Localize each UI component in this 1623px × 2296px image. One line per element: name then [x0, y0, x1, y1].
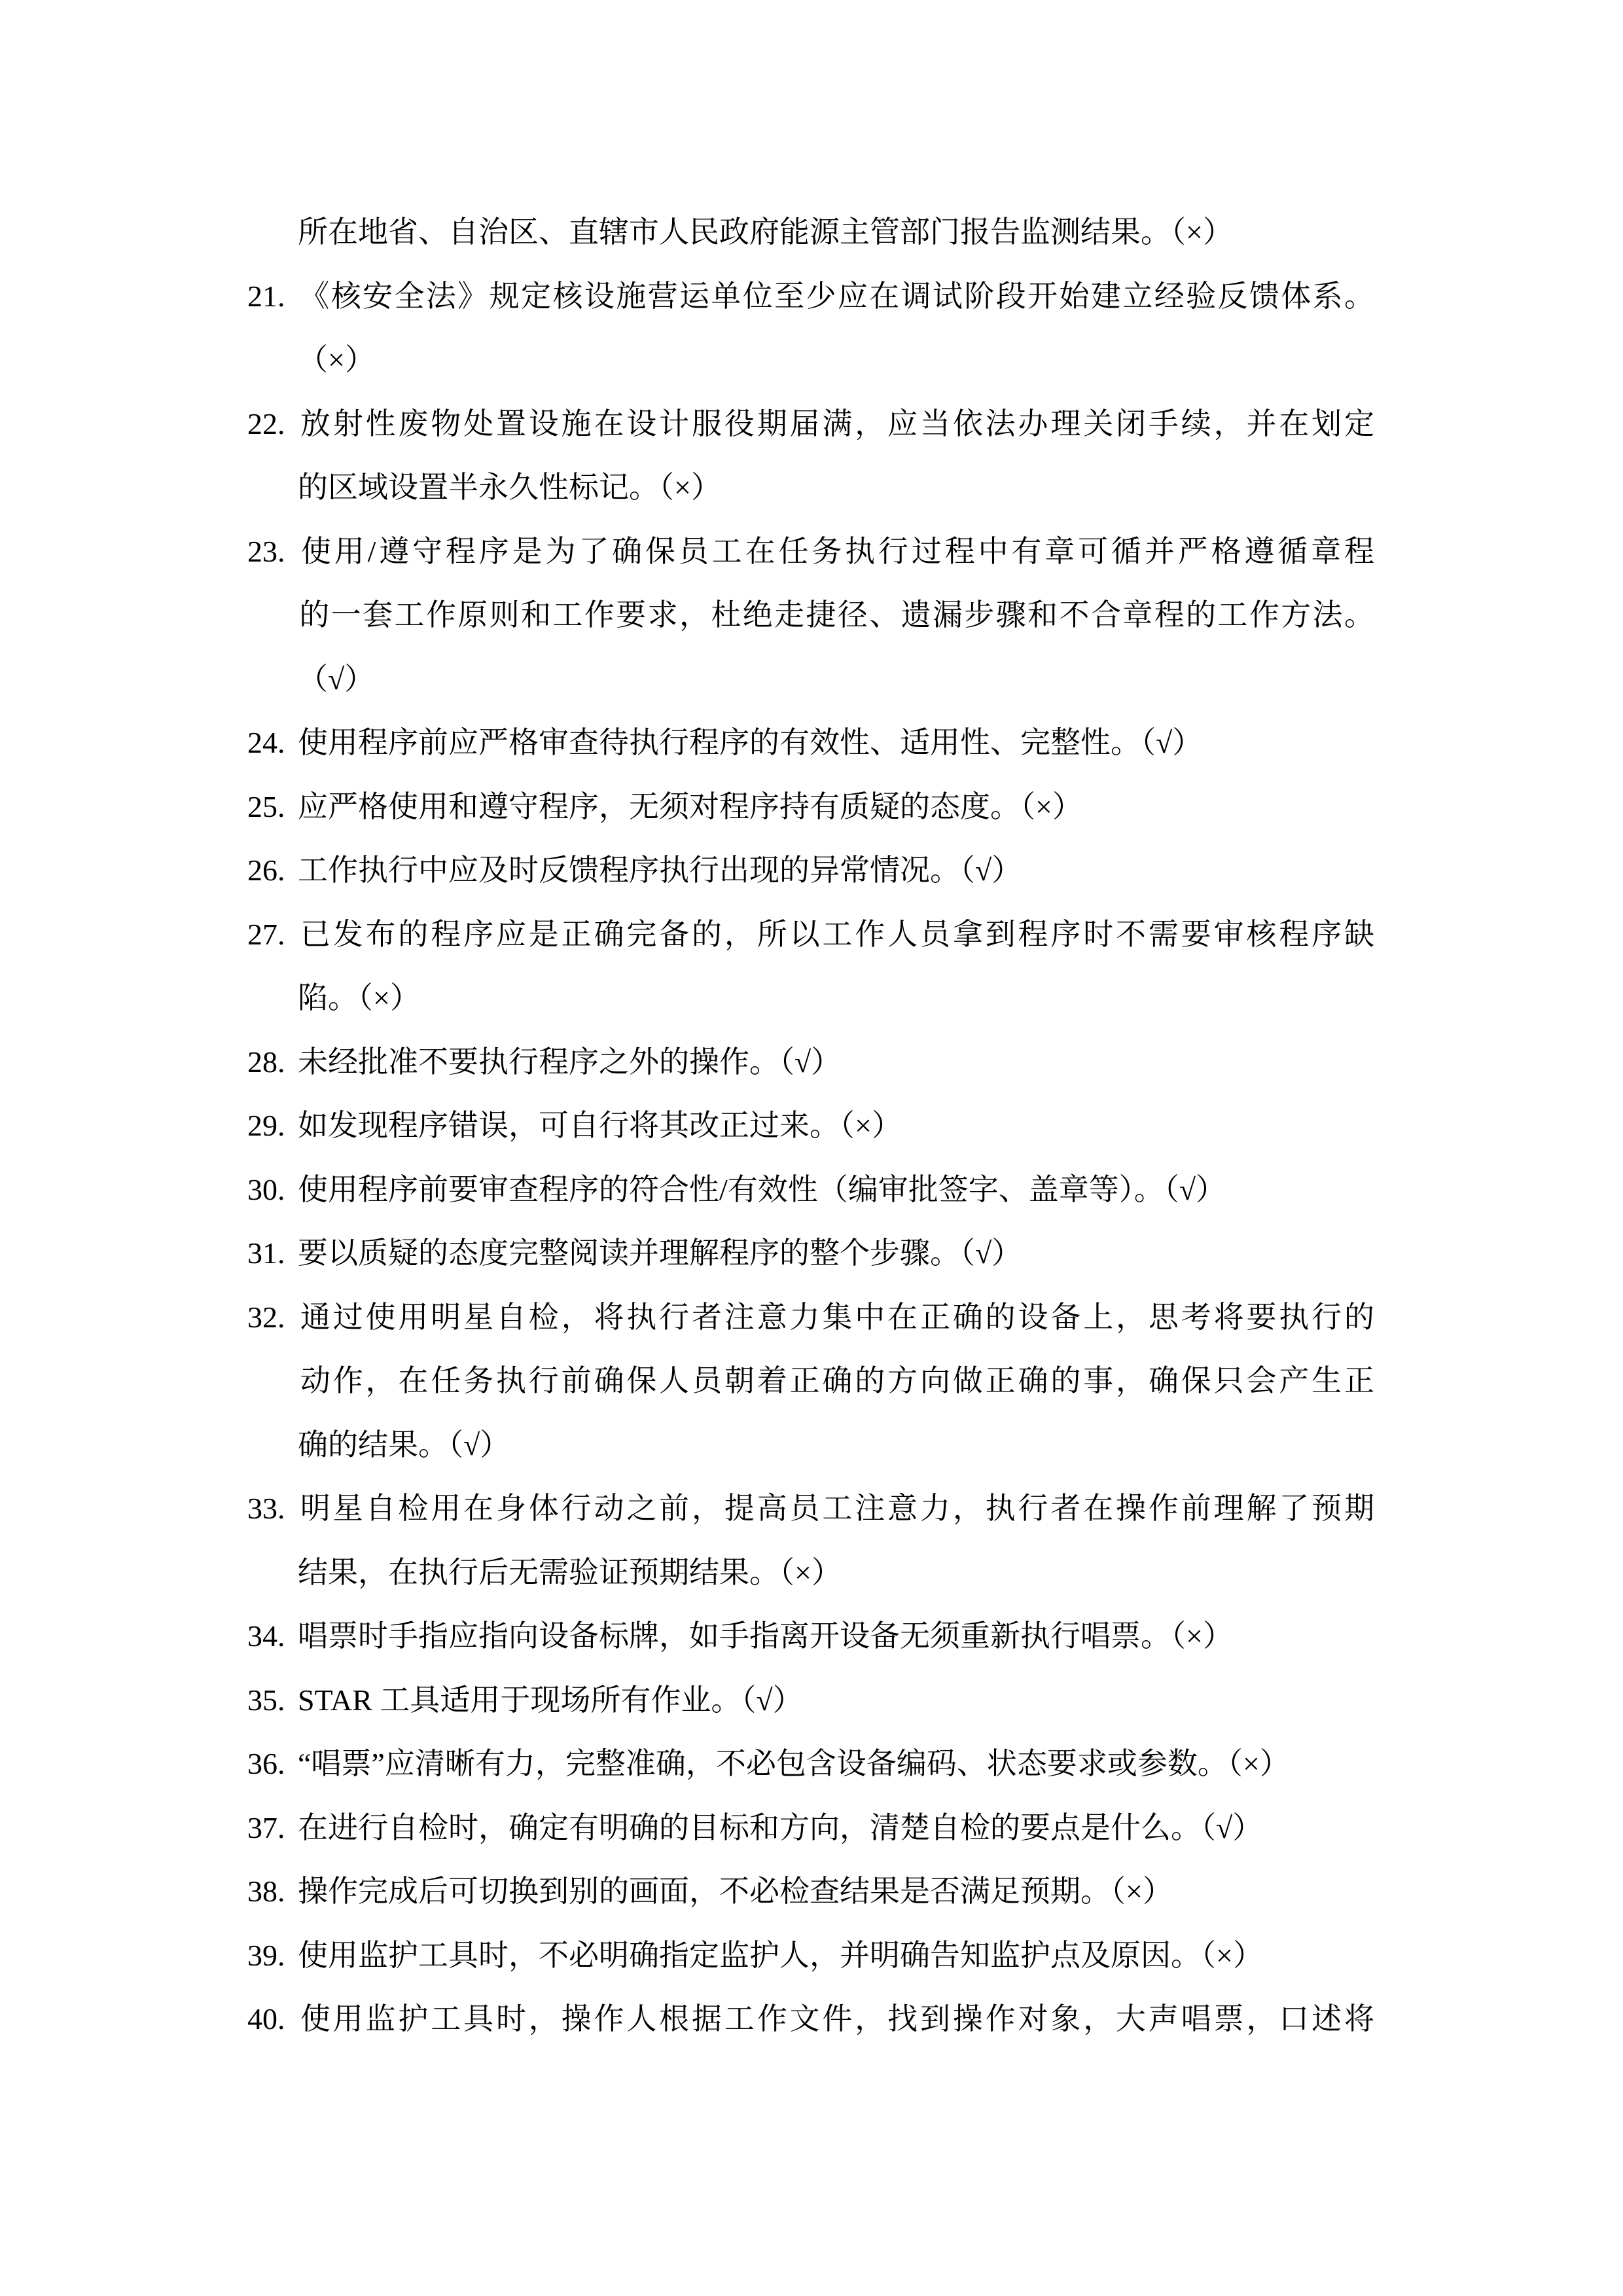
question-number: 34. [247, 1604, 298, 1668]
question-line: 35.STAR 工具适用于现场所有作业。（√） [247, 1668, 1374, 1732]
question-line: 的一套工作原则和工作要求，杜绝走捷径、遗漏步骤和不合章程的工作方法。 [247, 583, 1374, 647]
document-page: 所在地省、自治区、直辖市人民政府能源主管部门报告监测结果。（×）21.《核安全法… [0, 0, 1623, 2296]
question-line: 动作，在任务执行前确保人员朝着正确的方向做正确的事，确保只会产生正 [247, 1349, 1374, 1413]
question-line: 38.操作完成后可切换到别的画面，不必检查结果是否满足预期。（×） [247, 1859, 1374, 1924]
question-number: 27. [247, 903, 298, 967]
question-line: 22.放射性废物处置设施在设计服役期届满，应当依法办理关闭手续，并在划定 [247, 392, 1374, 456]
question-line: 21.《核安全法》规定核设施营运单位至少应在调试阶段开始建立经验反馈体系。 [247, 264, 1374, 329]
question-line: 30.使用程序前要审查程序的符合性/有效性（编审批签字、盖章等）。（√） [247, 1158, 1374, 1222]
question-line: 37.在进行自检时，确定有明确的目标和方向，清楚自检的要点是什么。（√） [247, 1796, 1374, 1860]
question-number: 35. [247, 1668, 298, 1732]
question-text: 所在地省、自治区、直辖市人民政府能源主管部门报告监测结果。（×） [298, 215, 1233, 249]
question-line: 31.要以质疑的态度完整阅读并理解程序的整个步骤。（√） [247, 1221, 1374, 1285]
question-number: 24. [247, 711, 298, 775]
question-number: 38. [247, 1859, 298, 1924]
question-text: 使用监护工具时，不必明确指定监护人，并明确告知监护点及原因。（×） [298, 1939, 1263, 1972]
question-number: 37. [247, 1796, 298, 1860]
question-text: 确的结果。（√） [298, 1428, 510, 1462]
question-number: 29. [247, 1094, 298, 1158]
question-line: 23.使用/遵守程序是为了确保员工在任务执行过程中有章可循并严格遵循章程 [247, 520, 1374, 584]
question-text: （√） [298, 662, 374, 696]
question-line: 27.已发布的程序应是正确完备的，所以工作人员拿到程序时不需要审核程序缺 [247, 903, 1374, 967]
question-number: 22. [247, 392, 298, 456]
question-text: 唱票时手指应指向设备标牌，如手指离开设备无须重新执行唱票。（×） [298, 1619, 1233, 1653]
question-text: 动作，在任务执行前确保人员朝着正确的方向做正确的事，确保只会产生正 [298, 1364, 1374, 1397]
question-number: 39. [247, 1924, 298, 1988]
question-line: 所在地省、自治区、直辖市人民政府能源主管部门报告监测结果。（×） [247, 200, 1374, 264]
question-line: 结果，在执行后无需验证预期结果。（×） [247, 1541, 1374, 1605]
question-text: 《核安全法》规定核设施营运单位至少应在调试阶段开始建立经验反馈体系。 [298, 279, 1374, 313]
question-line: （×） [247, 328, 1374, 392]
question-text: 的区域设置半永久性标记。（×） [298, 471, 721, 504]
question-text: 使用/遵守程序是为了确保员工在任务执行过程中有章可循并严格遵循章程 [298, 535, 1374, 568]
question-text: 陷。（×） [298, 981, 420, 1014]
question-text: 工作执行中应及时反馈程序执行出现的异常情况。（√） [298, 853, 1022, 887]
question-list: 所在地省、自治区、直辖市人民政府能源主管部门报告监测结果。（×）21.《核安全法… [247, 200, 1374, 2051]
question-text: 应严格使用和遵守程序，无须对程序持有质疑的态度。（×） [298, 790, 1082, 823]
question-text: 未经批准不要执行程序之外的操作。（√） [298, 1045, 841, 1079]
question-text: 结果，在执行后无需验证预期结果。（×） [298, 1556, 842, 1589]
question-line: （√） [247, 647, 1374, 711]
question-text: 使用程序前要审查程序的符合性/有效性（编审批签字、盖章等）。（√） [298, 1173, 1226, 1206]
question-line: 33.明星自检用在身体行动之前，提高员工注意力，执行者在操作前理解了预期 [247, 1477, 1374, 1541]
question-line: 40.使用监护工具时，操作人根据工作文件，找到操作对象，大声唱票，口述将 [247, 1987, 1374, 2051]
question-text: STAR 工具适用于现场所有作业。（√） [298, 1683, 803, 1717]
question-number: 31. [247, 1221, 298, 1285]
question-number: 25. [247, 775, 298, 839]
question-line: 陷。（×） [247, 966, 1374, 1030]
question-text: 在进行自检时，确定有明确的目标和方向，清楚自检的要点是什么。（√） [298, 1811, 1262, 1844]
question-number: 28. [247, 1030, 298, 1094]
question-line: 25.应严格使用和遵守程序，无须对程序持有质疑的态度。（×） [247, 775, 1374, 839]
question-line: 29.如发现程序错误，可自行将其改正过来。（×） [247, 1094, 1374, 1158]
question-text: 如发现程序错误，可自行将其改正过来。（×） [298, 1109, 902, 1142]
question-text: （×） [298, 343, 375, 376]
question-line: 的区域设置半永久性标记。（×） [247, 456, 1374, 520]
question-text: 使用监护工具时，操作人根据工作文件，找到操作对象，大声唱票，口述将 [298, 2002, 1374, 2036]
question-line: 32.通过使用明星自检，将执行者注意力集中在正确的设备上，思考将要执行的 [247, 1285, 1374, 1350]
question-line: 26.工作执行中应及时反馈程序执行出现的异常情况。（√） [247, 838, 1374, 903]
question-number: 21. [247, 264, 298, 329]
question-text: 的一套工作原则和工作要求，杜绝走捷径、遗漏步骤和不合章程的工作方法。 [298, 598, 1374, 632]
question-text: 明星自检用在身体行动之前，提高员工注意力，执行者在操作前理解了预期 [298, 1492, 1374, 1525]
question-text: 放射性废物处置设施在设计服役期届满，应当依法办理关闭手续，并在划定 [298, 407, 1374, 440]
question-number: 36. [247, 1732, 298, 1796]
question-text: 要以质疑的态度完整阅读并理解程序的整个步骤。（√） [298, 1236, 1022, 1270]
question-text: 使用程序前应严格审查待执行程序的有效性、适用性、完整性。（√） [298, 726, 1202, 759]
question-line: 28.未经批准不要执行程序之外的操作。（√） [247, 1030, 1374, 1094]
question-number: 32. [247, 1285, 298, 1350]
question-line: 34.唱票时手指应指向设备标牌，如手指离开设备无须重新执行唱票。（×） [247, 1604, 1374, 1668]
question-number: 30. [247, 1158, 298, 1222]
question-line: 36.“唱票”应清晰有力，完整准确，不必包含设备编码、状态要求或参数。（×） [247, 1732, 1374, 1796]
question-line: 39.使用监护工具时，不必明确指定监护人，并明确告知监护点及原因。（×） [247, 1924, 1374, 1988]
question-line: 确的结果。（√） [247, 1413, 1374, 1477]
question-text: 已发布的程序应是正确完备的，所以工作人员拿到程序时不需要审核程序缺 [298, 918, 1374, 951]
question-text: 操作完成后可切换到别的画面，不必检查结果是否满足预期。（×） [298, 1874, 1173, 1908]
question-number: 33. [247, 1477, 298, 1541]
question-number: 23. [247, 520, 298, 584]
question-number: 40. [247, 1987, 298, 2051]
question-text: 通过使用明星自检，将执行者注意力集中在正确的设备上，思考将要执行的 [298, 1300, 1374, 1334]
question-text: “唱票”应清晰有力，完整准确，不必包含设备编码、状态要求或参数。（×） [298, 1747, 1290, 1780]
question-number: 26. [247, 838, 298, 903]
question-line: 24.使用程序前应严格审查待执行程序的有效性、适用性、完整性。（√） [247, 711, 1374, 775]
